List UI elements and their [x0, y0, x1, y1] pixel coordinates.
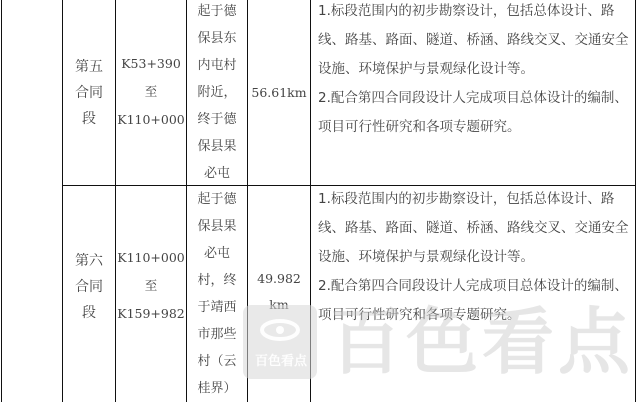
cell-text: 附近，	[197, 79, 236, 106]
cell-text: 市那些	[197, 321, 236, 348]
table-cell-location: 起于德 保县东 内屯村 附近， 终于德 保县果 必屯	[187, 0, 247, 185]
table-border-left	[1, 0, 2, 402]
table-cell-length: 56.61km	[248, 0, 310, 185]
cell-text: 内屯村	[197, 52, 236, 79]
cell-text: 村，终	[197, 267, 236, 294]
cell-text: 保县果	[197, 133, 236, 160]
cell-text: 段	[82, 106, 96, 132]
cell-text: K110+000	[117, 106, 185, 134]
cell-text: 必屯	[204, 240, 230, 267]
cell-text: 保县果	[197, 213, 236, 240]
cell-text: 起于德	[197, 186, 236, 213]
cell-text: 起于德	[197, 0, 236, 25]
cell-text: 村（云	[197, 348, 236, 375]
cell-text: 第五	[75, 54, 103, 80]
cell-text: 桂界）	[197, 375, 236, 402]
table-border-right	[635, 0, 636, 402]
table-cell-range: K110+000 至 K159+982	[116, 186, 186, 402]
cell-text: K53+390	[121, 50, 181, 78]
watermark-logo-text: 百色看点	[246, 350, 316, 369]
table-cell-section: 第五 合同 段	[63, 0, 115, 185]
table-cell-range: K53+390 至 K110+000	[116, 0, 186, 185]
swirl-logo-icon	[260, 318, 300, 342]
watermark-text: 百色看点	[330, 302, 634, 382]
cell-text: 第六	[75, 248, 103, 274]
scope-item: 1.标段范围内的初步勘察设计，包括总体设计、路线、路基、路面、隧道、桥涵、路线交…	[318, 0, 630, 84]
scope-item: 1.标段范围内的初步勘察设计，包括总体设计、路线、路基、路面、隧道、桥涵、路线交…	[318, 185, 630, 272]
cell-text: 合同	[75, 274, 103, 300]
cell-text: 于靖西	[197, 294, 236, 321]
cell-text: K159+982	[117, 300, 185, 328]
table-cell-location: 起于德 保县果 必屯 村，终 于靖西 市那些 村（云 桂界）	[187, 186, 247, 402]
cell-text: 至	[145, 78, 158, 106]
scope-item: 2.配合第四合同段设计人完成项目总体设计的编制、项目可行性研究和各项专题研究。	[318, 84, 630, 142]
cell-text: 56.61km	[251, 80, 306, 106]
cell-text: 合同	[75, 80, 103, 106]
cell-text: 终于德	[197, 106, 236, 133]
cell-text: 至	[145, 272, 158, 300]
cell-text: K110+000	[117, 244, 185, 272]
cell-text: 49.982	[257, 266, 301, 292]
cell-text: 段	[82, 300, 96, 326]
table-cell-section: 第六 合同 段	[63, 186, 115, 402]
cell-text: 保县东	[197, 25, 236, 52]
cell-text: 必屯	[204, 160, 230, 187]
table-cell-scope: 1.标段范围内的初步勘察设计，包括总体设计、路线、路基、路面、隧道、桥涵、路线交…	[318, 0, 630, 142]
